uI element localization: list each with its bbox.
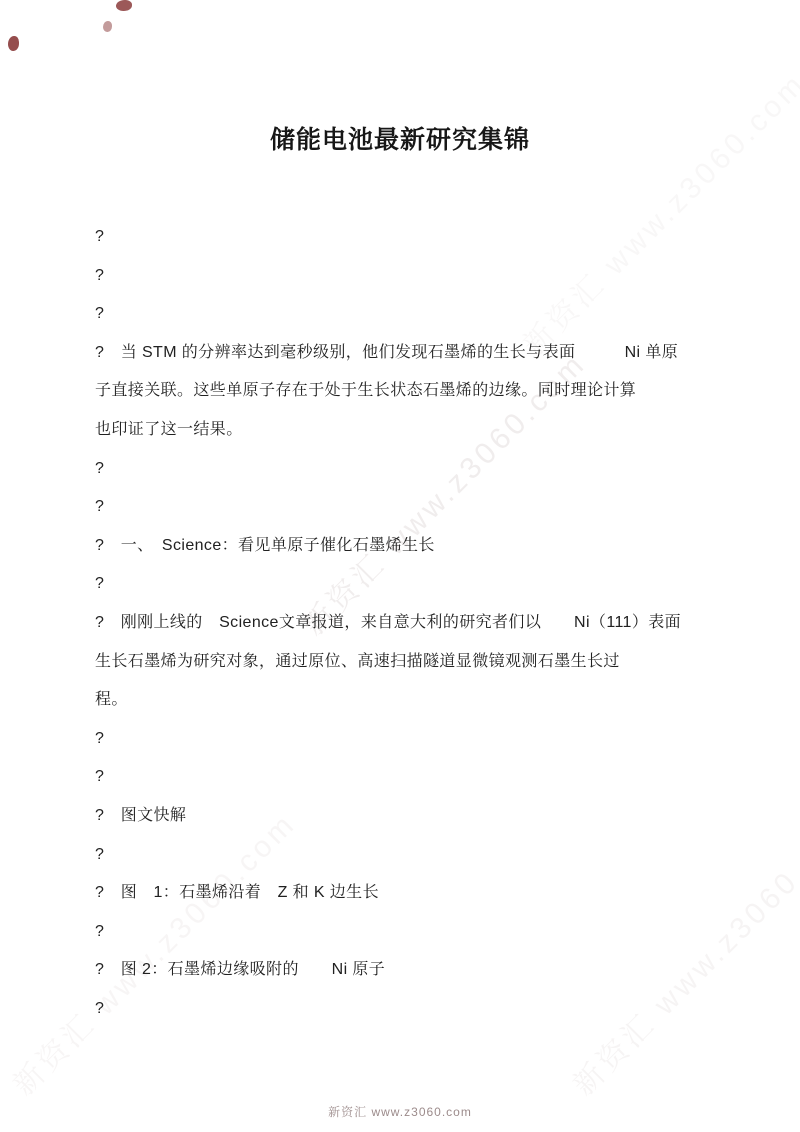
- text-line: ? 刚刚上线的 Science文章报道，来自意大利的研究者们以 Ni（111）表…: [95, 604, 735, 643]
- text-line: ?: [95, 257, 735, 296]
- text-line: 也印证了这一结果。: [95, 411, 735, 450]
- text-line: ?: [95, 295, 735, 334]
- ink-stain-icon: [8, 36, 19, 51]
- text-line: ? 当 STM 的分辨率达到毫秒级别，他们发现石墨烯的生长与表面 Ni 单原: [95, 334, 735, 373]
- text-line: ?: [95, 990, 735, 1029]
- text-line: ?: [95, 836, 735, 875]
- text-line: ? 图文快解: [95, 797, 735, 836]
- text-line: ? 图 1：石墨烯沿着 Z 和 K 边生长: [95, 874, 735, 913]
- text-line: 子直接关联。这些单原子存在于处于生长状态石墨烯的边缘。同时理论计算: [95, 372, 735, 411]
- footer-watermark-text: 新资汇 www.z3060.com: [0, 1103, 800, 1120]
- text-line: ?: [95, 913, 735, 952]
- text-line: ?: [95, 758, 735, 797]
- text-line: 生长石墨烯为研究对象，通过原位、高速扫描隧道显微镜观测石墨生长过: [95, 643, 735, 682]
- document-title: 储能电池最新研究集锦: [0, 120, 800, 156]
- document-page: 新资汇 www.z3060.com 新资汇 www.z3060.com 新资汇 …: [0, 0, 800, 1132]
- text-line: ?: [95, 450, 735, 489]
- text-line: 程。: [95, 681, 735, 720]
- text-line: ?: [95, 720, 735, 759]
- ink-stain-icon: [103, 21, 112, 32]
- text-line: ?: [95, 488, 735, 527]
- ink-stain-icon: [116, 0, 132, 11]
- text-line: ?: [95, 218, 735, 257]
- text-line: ? 一、 Science：看见单原子催化石墨烯生长: [95, 527, 735, 566]
- text-line: ? 图 2：石墨烯边缘吸附的 Ni 原子: [95, 951, 735, 990]
- document-body: ???? 当 STM 的分辨率达到毫秒级别，他们发现石墨烯的生长与表面 Ni 单…: [95, 218, 735, 1028]
- text-line: ?: [95, 565, 735, 604]
